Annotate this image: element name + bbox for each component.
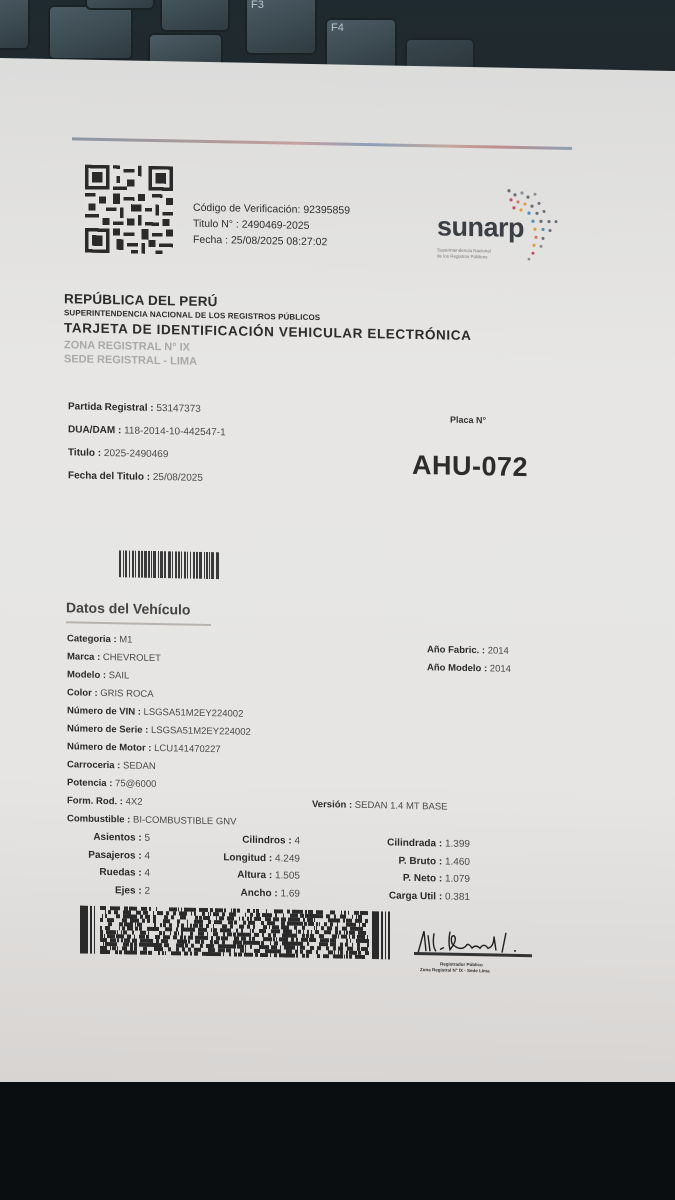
field-value: LSGSA51M2EY224002 xyxy=(151,725,251,738)
field-label: Pasajeros : xyxy=(88,849,141,861)
field-label: P. Bruto : xyxy=(398,855,442,867)
field-label: Color : xyxy=(67,687,98,699)
field-value: 4 xyxy=(144,850,150,861)
field-row: Ruedas : 4 xyxy=(60,866,150,885)
specs-column-1: Asientos : 5Pasajeros : 4Ruedas : 4Ejes … xyxy=(60,831,150,903)
field-row: Ejes : 2 xyxy=(60,884,150,903)
field-value: M1 xyxy=(119,634,132,645)
field-row: P. Bruto : 1.460 xyxy=(360,854,470,874)
field-row: Ancho : 1.69 xyxy=(195,886,300,906)
titulo: Titulo : 2025-2490469 xyxy=(68,447,226,473)
year-model: Año Modelo : 2014 xyxy=(427,662,511,682)
field-value: 1.69 xyxy=(281,888,300,899)
barcode xyxy=(117,550,222,579)
vehicle-id-card-document: Código de Verificación: 92395859 Titulo … xyxy=(0,58,675,1095)
field-label: Ruedas : xyxy=(99,867,141,879)
field-value: 4 xyxy=(294,836,300,847)
field-label: Modelo : xyxy=(67,669,106,681)
keyboard-key-f3: F3 xyxy=(245,0,317,55)
field-value: LSGSA51M2EY224002 xyxy=(144,707,244,720)
field-label: Combustible : xyxy=(67,813,130,825)
field-label: P. Neto : xyxy=(403,873,442,885)
specs-column-3: Cilindrada : 1.399P. Bruto : 1.460P. Net… xyxy=(360,837,470,909)
field-value: 75@6000 xyxy=(115,778,156,790)
vehicle-fields: Categoria : M1Marca : CHEVROLETModelo : … xyxy=(67,633,251,835)
field-label: Cilindros : xyxy=(242,835,291,847)
field-value: 1.460 xyxy=(445,856,470,867)
field-value: LCU141470227 xyxy=(154,743,221,755)
field-row: Cilindros : 4 xyxy=(195,834,300,854)
vehicle-version: Versión : SEDAN 1.4 MT BASE xyxy=(312,799,448,813)
issue-date: Fecha : 25/08/2025 08:27:02 xyxy=(193,232,350,251)
field-value: SAIL xyxy=(109,670,130,681)
plate-number: AHU-072 xyxy=(412,450,528,483)
field-value: BI-COMBUSTIBLE GNV xyxy=(133,815,236,828)
field-label: Asientos : xyxy=(93,832,141,844)
vehicle-years: Año Fabric. : 2014 Año Modelo : 2014 xyxy=(427,644,511,682)
field-value: CHEVROLET xyxy=(103,652,161,664)
field-row: Pasajeros : 4 xyxy=(60,849,150,868)
keyboard-key xyxy=(160,0,230,32)
field-label: Ejes : xyxy=(115,885,142,897)
field-value: 1.399 xyxy=(445,839,470,850)
dua-dam: DUA/DAM : 118-2014-10-442547-1 xyxy=(68,424,226,450)
field-value: GRIS ROCA xyxy=(100,688,153,700)
vehicle-section-title: Datos del Vehículo xyxy=(66,599,190,617)
desk-background xyxy=(0,1082,675,1200)
field-label: Carga Util : xyxy=(389,890,442,902)
field-label: Marca : xyxy=(67,651,100,663)
sunarp-subtitle: Superintendencia Nacional de los Registr… xyxy=(437,247,491,260)
field-value: 0.381 xyxy=(445,891,470,902)
field-value: 4.249 xyxy=(275,853,300,864)
field-row: Asientos : 5 xyxy=(60,831,150,850)
plate-label: Placa N° xyxy=(450,415,486,426)
verification-info: Código de Verificación: 92395859 Titulo … xyxy=(193,200,350,251)
sunarp-wordmark: sunarp xyxy=(437,211,524,244)
section-divider xyxy=(66,621,211,626)
field-row: Cilindrada : 1.399 xyxy=(360,837,470,857)
field-row: P. Neto : 1.079 xyxy=(360,872,470,892)
field-label: Longitud : xyxy=(223,852,272,864)
field-label: Altura : xyxy=(237,870,272,882)
keyboard-key xyxy=(48,5,133,60)
registrar-signature: Registrador Público Zona Registral N° IX… xyxy=(410,921,550,984)
document-title-block: REPÚBLICA DEL PERÚ SUPERINTENDENCIA NACI… xyxy=(64,291,471,373)
field-label: Categoria : xyxy=(67,633,117,645)
field-label: Form. Rod. : xyxy=(67,795,123,807)
field-row: Carga Util : 0.381 xyxy=(360,889,470,909)
field-label: Número de VIN : xyxy=(67,705,141,717)
field-row: Altura : 1.505 xyxy=(195,869,300,889)
signature-icon xyxy=(410,921,550,964)
field-value: 2 xyxy=(144,885,150,896)
field-value: 4 xyxy=(144,868,150,879)
field-label: Cilindrada : xyxy=(387,837,442,849)
registration-details: Partida Registral : 53147373 DUA/DAM : 1… xyxy=(68,401,226,496)
keyboard-key xyxy=(85,0,155,10)
field-label: Potencia : xyxy=(67,777,112,789)
field-value: SEDAN xyxy=(123,760,156,772)
year-fabrication: Año Fabric. : 2014 xyxy=(427,644,511,664)
pdf417-barcode xyxy=(80,906,392,960)
keyboard-key xyxy=(0,0,30,50)
qr-code xyxy=(85,165,173,255)
sunarp-logo: sunarp Superintendencia Nacional de los … xyxy=(437,181,587,274)
field-value: 4X2 xyxy=(126,796,143,807)
fecha-titulo: Fecha del Titulo : 25/08/2025 xyxy=(68,470,226,496)
specs-column-2: Cilindros : 4Longitud : 4.249Altura : 1.… xyxy=(195,834,300,906)
header-color-rule xyxy=(72,137,572,150)
field-label: Ancho : xyxy=(241,887,278,899)
field-label: Número de Motor : xyxy=(67,741,151,754)
field-value: 1.079 xyxy=(445,874,470,885)
field-row: Longitud : 4.249 xyxy=(195,851,300,871)
partida-registral: Partida Registral : 53147373 xyxy=(68,401,226,427)
field-value: 5 xyxy=(144,833,150,844)
field-value: 1.505 xyxy=(275,870,300,881)
signature-caption: Registrador Público Zona Registral N° IX… xyxy=(420,961,490,974)
field-label: Carroceria : xyxy=(67,759,120,771)
field-label: Número de Serie : xyxy=(67,723,148,736)
